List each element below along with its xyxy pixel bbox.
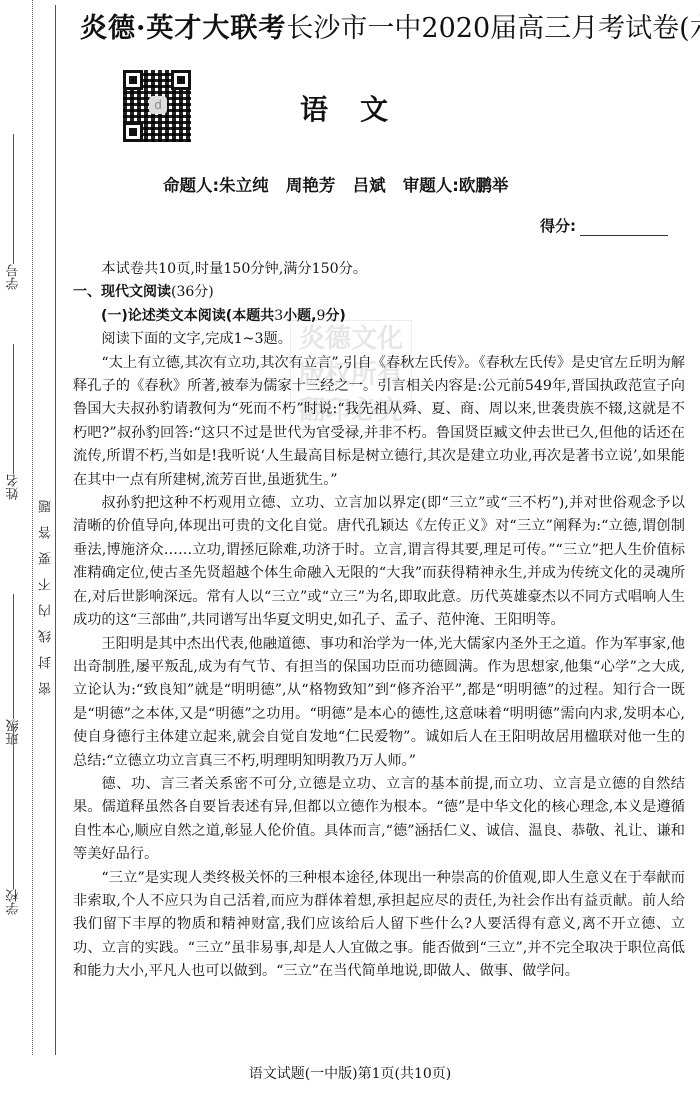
seal-warning-text: 密封线内不要答题 bbox=[37, 325, 53, 695]
passage-paragraph: “太上有立德,其次有立功,其次有立言”,引自《春秋左氏传》。《春秋左氏传》是史官… bbox=[73, 352, 685, 492]
name-field[interactable]: 姓名 bbox=[2, 325, 26, 500]
qr-finder-icon bbox=[123, 70, 143, 90]
reading-instruction: 阅读下面的文字,完成1~3题。 bbox=[73, 328, 685, 351]
score-blank[interactable] bbox=[580, 217, 668, 236]
school-field[interactable]: 学校 bbox=[2, 705, 26, 915]
subsection-end: 分) bbox=[325, 308, 345, 324]
score-label: 得分: bbox=[540, 215, 576, 236]
name-blank[interactable] bbox=[14, 344, 15, 474]
student-id-field[interactable]: 学号 bbox=[2, 115, 26, 290]
banner-brand: 炎德·英才大联考 bbox=[80, 13, 286, 44]
subsection-count: 3 bbox=[274, 308, 283, 324]
passage-paragraph: “三立”是实现人类终极关怀的三种根本途径,体现出一种崇高的价值观,即人生意义在于… bbox=[73, 867, 685, 984]
passage-paragraph: 德、功、言三者关系密不可分,立德是立功、立言的基本前提,而立功、立言是立德的自然… bbox=[73, 773, 685, 867]
student-id-blank[interactable] bbox=[14, 134, 15, 264]
passage-paragraph: 王阳明是其中杰出代表,他融道德、事功和治学为一体,光大儒家内圣外王之道。作为军事… bbox=[73, 633, 685, 773]
score-field[interactable]: 得分: bbox=[540, 215, 668, 236]
student-id-label: 学号 bbox=[5, 264, 24, 290]
exam-banner: 炎德·英才大联考长沙市一中2020届高三月考试卷(六) bbox=[80, 6, 700, 45]
subsection-heading: (一)论述类文本阅读(本题共3小题,9分) bbox=[73, 305, 685, 328]
section-score: (36分) bbox=[171, 284, 214, 300]
section-heading: 一、现代文阅读(36分) bbox=[73, 281, 685, 304]
passage-paragraph: 叔孙豹把这种不朽观用立德、立功、立言加以界定(即“三立”或“三不朽”),并对世俗… bbox=[73, 492, 685, 632]
school-label: 学校 bbox=[5, 889, 24, 915]
qr-finder-icon bbox=[123, 122, 143, 142]
page-footer: 语文试题(一中版)第1页(共10页) bbox=[0, 1063, 700, 1083]
subject-title: 语文 bbox=[300, 88, 420, 128]
exam-content: 本试卷共10页,时量150分钟,满分150分。 一、现代文阅读(36分) (一)… bbox=[73, 258, 685, 984]
banner-title: 长沙市一中2020届高三月考试卷(六) bbox=[286, 13, 700, 44]
qr-code-icon[interactable]: d bbox=[123, 70, 191, 142]
subsection-mid: 小题, bbox=[283, 308, 316, 324]
subsection-title: (一)论述类文本阅读(本题共 bbox=[101, 308, 274, 324]
section-title: 一、现代文阅读 bbox=[73, 284, 171, 300]
class-blank[interactable] bbox=[14, 594, 15, 719]
exam-intro: 本试卷共10页,时量150分钟,满分150分。 bbox=[73, 258, 685, 281]
qr-logo-icon: d bbox=[149, 96, 167, 114]
seal-line-dotted bbox=[32, 0, 33, 1055]
school-blank[interactable] bbox=[14, 724, 15, 889]
name-label: 姓名 bbox=[5, 474, 24, 500]
authors-line: 命题人:朱立纯 周艳芳 吕斌 审题人:欧鹏举 bbox=[163, 172, 508, 196]
qr-finder-icon bbox=[171, 70, 191, 90]
